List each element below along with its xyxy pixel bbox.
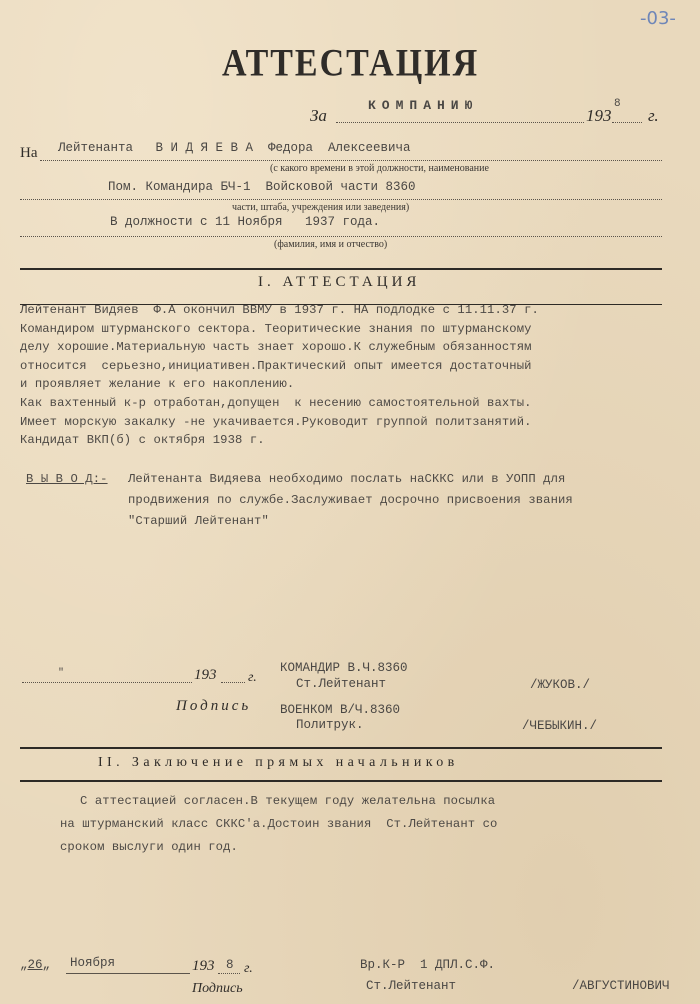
period-prefix: За (310, 106, 327, 126)
body-line: Командиром штурманского сектора. Теорити… (20, 322, 539, 341)
sign-year-suffix: 8 (226, 958, 234, 972)
quote-close: „ (43, 958, 51, 972)
body-line: Лейтенант Видяев Ф.А окончил ВВМУ в 1937… (20, 303, 539, 322)
commissar-signature: /ЧЕБЫКИН./ (522, 719, 597, 733)
caption-unit: части, штаба, учреждения или заведения) (232, 202, 409, 213)
sign-year-unit: г. (244, 961, 253, 977)
section-2-heading: II. Заключение прямых начальников (98, 755, 459, 771)
superior-rank: Ст.Лейтенант (366, 979, 456, 993)
section-2-top-rule (20, 747, 662, 749)
sign-day: „26„ (20, 958, 50, 972)
section-1-top-rule (20, 268, 662, 270)
period-field-line (336, 122, 584, 123)
sign-label-1: Подпись (176, 698, 251, 715)
commander-rank: Ст.Лейтенант (296, 677, 386, 691)
caption-full-name: (фамилия, имя и отчество) (274, 239, 387, 250)
conclusion-line: на штурманский класс СККС'а.Достоин зван… (60, 817, 497, 840)
since-line: В должности с 11 Ноября 1937 года. (110, 215, 380, 229)
year-field-line (612, 122, 642, 123)
page-number: -03- (640, 8, 676, 29)
commander-title: КОМАНДИР В.Ч.8360 (280, 661, 408, 675)
superior-signature: /АВГУСТИНОВИЧ (572, 979, 670, 993)
officer-name-line: Лейтенанта В И Д Я Е В А Федора Алексеев… (58, 141, 411, 155)
body-line: и проявляет желание к его накоплению. (20, 377, 539, 396)
date-year-prefix: 193 (194, 667, 217, 684)
sign-month: Ноября (70, 956, 115, 970)
position-field-line (20, 199, 662, 200)
na-label: На (20, 145, 38, 162)
section-1-heading: I. АТТЕСТАЦИЯ (258, 274, 420, 291)
body-line: Как вахтенный к-р отработан,допущен к не… (20, 396, 539, 415)
commissar-rank: Политрук. (296, 718, 364, 732)
superior-title: Вр.К-Р 1 ДПЛ.С.Ф. (360, 958, 495, 972)
quote-open: „ (20, 958, 28, 972)
since-field-line (20, 236, 662, 237)
date-field-line (22, 682, 192, 683)
date-year-unit: г. (248, 670, 257, 686)
conclusion-line: "Старший Лейтенант" (128, 514, 573, 535)
conclusion-line: продвижения по службе.Заслуживает досроч… (128, 493, 573, 514)
body-line: Кандидат ВКП(б) с октября 1938 г. (20, 433, 539, 452)
conclusion-label: В Ы В О Д:- (26, 472, 108, 486)
commissar-title: ВОЕНКОМ В/Ч.8360 (280, 703, 400, 717)
conclusion-line: сроком выслуги один год. (60, 840, 497, 863)
year-unit: г. (648, 106, 659, 126)
year-prefix: 193 (586, 106, 612, 126)
body-line: Имеет морскую закалку -не укачивается.Ру… (20, 415, 539, 434)
sign-label-2: Подпись (192, 981, 243, 997)
conclusion-line: С аттестацией согласен.В текущем году же… (60, 794, 497, 817)
month-field-line (66, 973, 190, 974)
body-line: делу хорошие.Материальную часть знает хо… (20, 340, 539, 359)
period-value: КОМПАНИЮ (368, 98, 478, 113)
section-1-body: Лейтенант Видяев Ф.А окончил ВВМУ в 1937… (20, 303, 539, 452)
conclusion-body: Лейтенанта Видяева необходимо послать на… (128, 472, 573, 535)
sign-year-prefix: 193 (192, 958, 215, 975)
document-title: АТТЕСТАЦИЯ (222, 42, 479, 86)
position-line: Пом. Командира БЧ-1 Войсковой части 8360 (108, 180, 416, 194)
year-suffix: 8 (614, 98, 621, 110)
conclusion-line: Лейтенанта Видяева необходимо послать на… (128, 472, 573, 493)
body-line: относится серьезно,инициативен.Практичес… (20, 359, 539, 378)
caption-since-when: (с какого времени в этой должности, наим… (270, 163, 489, 174)
name-field-line (40, 160, 662, 161)
date-year-line (221, 682, 245, 683)
sign-day-value: 26 (28, 958, 43, 972)
sign-year-line (218, 973, 240, 974)
date-quote: " (58, 668, 64, 679)
commander-signature: /ЖУКОВ./ (530, 678, 590, 692)
section-2-bottom-rule (20, 780, 662, 782)
section-2-body: С аттестацией согласен.В текущем году же… (60, 794, 497, 863)
